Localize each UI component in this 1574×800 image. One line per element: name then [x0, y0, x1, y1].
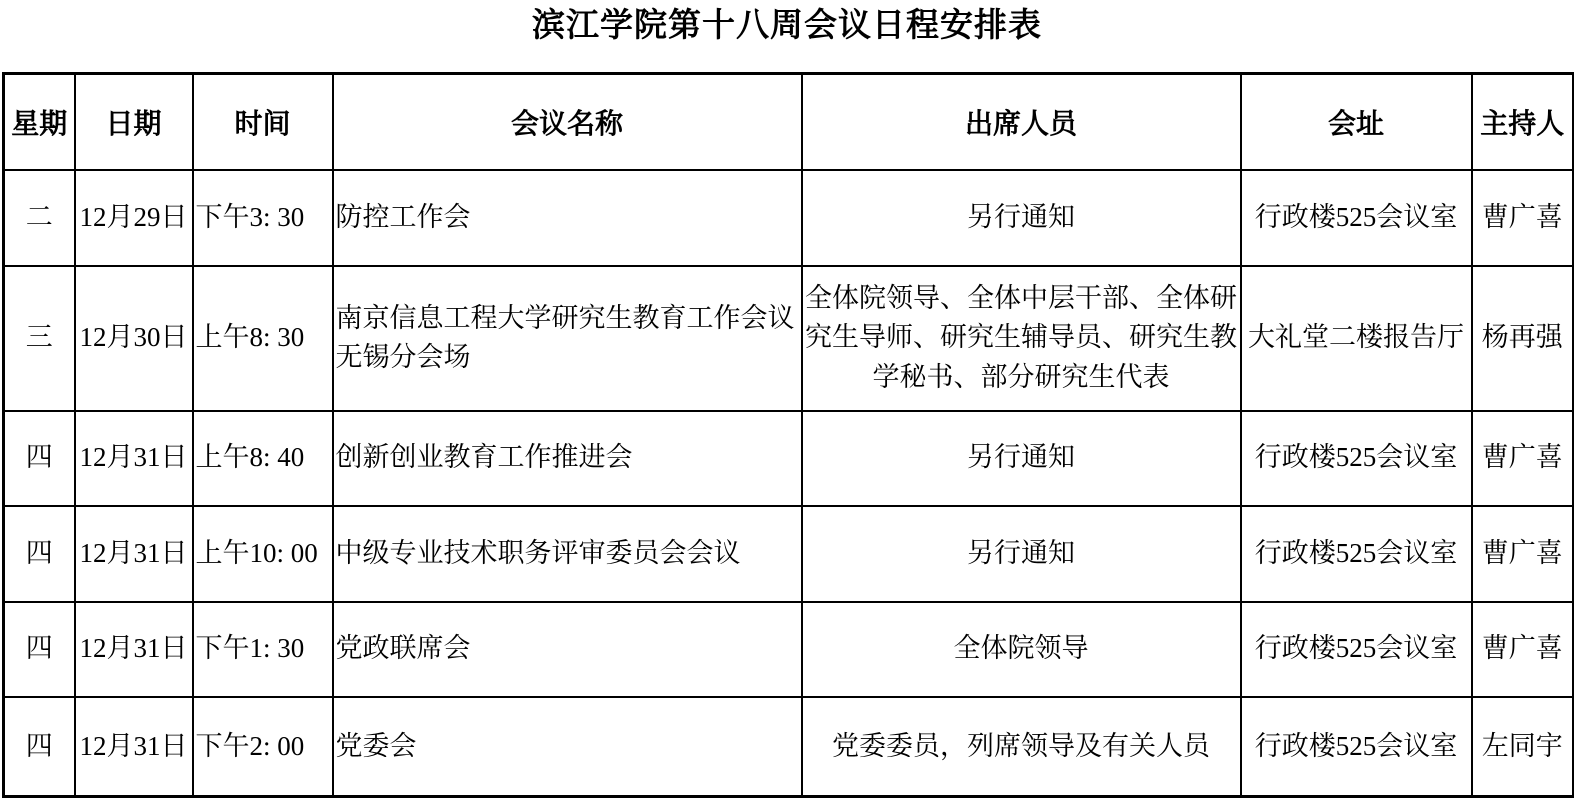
cell-meeting-name: 创新创业教育工作推进会: [333, 411, 802, 506]
cell-time: 上午8: 30: [193, 266, 333, 411]
table-row: 四 12月31日 下午2: 00 党委会 党委委员，列席领导及有关人员 行政楼5…: [4, 697, 1574, 797]
cell-attendees: 全体院领导、全体中层干部、全体研究生导师、研究生辅导员、研究生教学秘书、部分研究…: [802, 266, 1241, 411]
col-header-date: 日期: [75, 74, 193, 170]
cell-week: 四: [4, 506, 75, 602]
cell-host: 曹广喜: [1472, 170, 1574, 266]
cell-attendees: 另行通知: [802, 506, 1241, 602]
cell-venue: 行政楼525会议室: [1241, 411, 1472, 506]
table-header-row: 星期 日期 时间 会议名称 出席人员 会址 主持人: [4, 74, 1574, 170]
cell-venue: 行政楼525会议室: [1241, 506, 1472, 602]
cell-time: 下午2: 00: [193, 697, 333, 797]
cell-host: 曹广喜: [1472, 506, 1574, 602]
cell-week: 四: [4, 697, 75, 797]
cell-meeting-name: 防控工作会: [333, 170, 802, 266]
cell-date: 12月30日: [75, 266, 193, 411]
col-header-venue: 会址: [1241, 74, 1472, 170]
cell-venue: 大礼堂二楼报告厅: [1241, 266, 1472, 411]
cell-week: 四: [4, 602, 75, 697]
table-row: 四 12月31日 下午1: 30 党政联席会 全体院领导 行政楼525会议室 曹…: [4, 602, 1574, 697]
cell-week: 四: [4, 411, 75, 506]
table-row: 二 12月29日 下午3: 30 防控工作会 另行通知 行政楼525会议室 曹广…: [4, 170, 1574, 266]
cell-week: 二: [4, 170, 75, 266]
cell-venue: 行政楼525会议室: [1241, 170, 1472, 266]
cell-meeting-name: 党委会: [333, 697, 802, 797]
table-row: 四 12月31日 上午8: 40 创新创业教育工作推进会 另行通知 行政楼525…: [4, 411, 1574, 506]
cell-attendees: 另行通知: [802, 411, 1241, 506]
cell-date: 12月31日: [75, 697, 193, 797]
cell-week: 三: [4, 266, 75, 411]
page-title: 滨江学院第十八周会议日程安排表: [0, 6, 1574, 46]
cell-host: 左同宇: [1472, 697, 1574, 797]
cell-time: 上午8: 40: [193, 411, 333, 506]
cell-host: 杨再强: [1472, 266, 1574, 411]
cell-meeting-name: 党政联席会: [333, 602, 802, 697]
cell-venue: 行政楼525会议室: [1241, 697, 1472, 797]
cell-meeting-name: 南京信息工程大学研究生教育工作会议无锡分会场: [333, 266, 802, 411]
col-header-meeting-name: 会议名称: [333, 74, 802, 170]
col-header-host: 主持人: [1472, 74, 1574, 170]
cell-attendees: 另行通知: [802, 170, 1241, 266]
cell-time: 下午1: 30: [193, 602, 333, 697]
cell-date: 12月29日: [75, 170, 193, 266]
table-row: 四 12月31日 上午10: 00 中级专业技术职务评审委员会会议 另行通知 行…: [4, 506, 1574, 602]
document-page: 滨江学院第十八周会议日程安排表 星期 日期 时间 会议名称 出席人员 会址 主持…: [0, 6, 1574, 800]
col-header-week: 星期: [4, 74, 75, 170]
cell-venue: 行政楼525会议室: [1241, 602, 1472, 697]
cell-time: 下午3: 30: [193, 170, 333, 266]
cell-host: 曹广喜: [1472, 411, 1574, 506]
cell-meeting-name: 中级专业技术职务评审委员会会议: [333, 506, 802, 602]
cell-date: 12月31日: [75, 506, 193, 602]
cell-host: 曹广喜: [1472, 602, 1574, 697]
cell-attendees: 党委委员，列席领导及有关人员: [802, 697, 1241, 797]
cell-date: 12月31日: [75, 411, 193, 506]
meeting-schedule-table: 星期 日期 时间 会议名称 出席人员 会址 主持人 二 12月29日 下午3: …: [2, 72, 1574, 798]
col-header-time: 时间: [193, 74, 333, 170]
cell-attendees: 全体院领导: [802, 602, 1241, 697]
cell-time: 上午10: 00: [193, 506, 333, 602]
table-row: 三 12月30日 上午8: 30 南京信息工程大学研究生教育工作会议无锡分会场 …: [4, 266, 1574, 411]
cell-date: 12月31日: [75, 602, 193, 697]
col-header-attendees: 出席人员: [802, 74, 1241, 170]
